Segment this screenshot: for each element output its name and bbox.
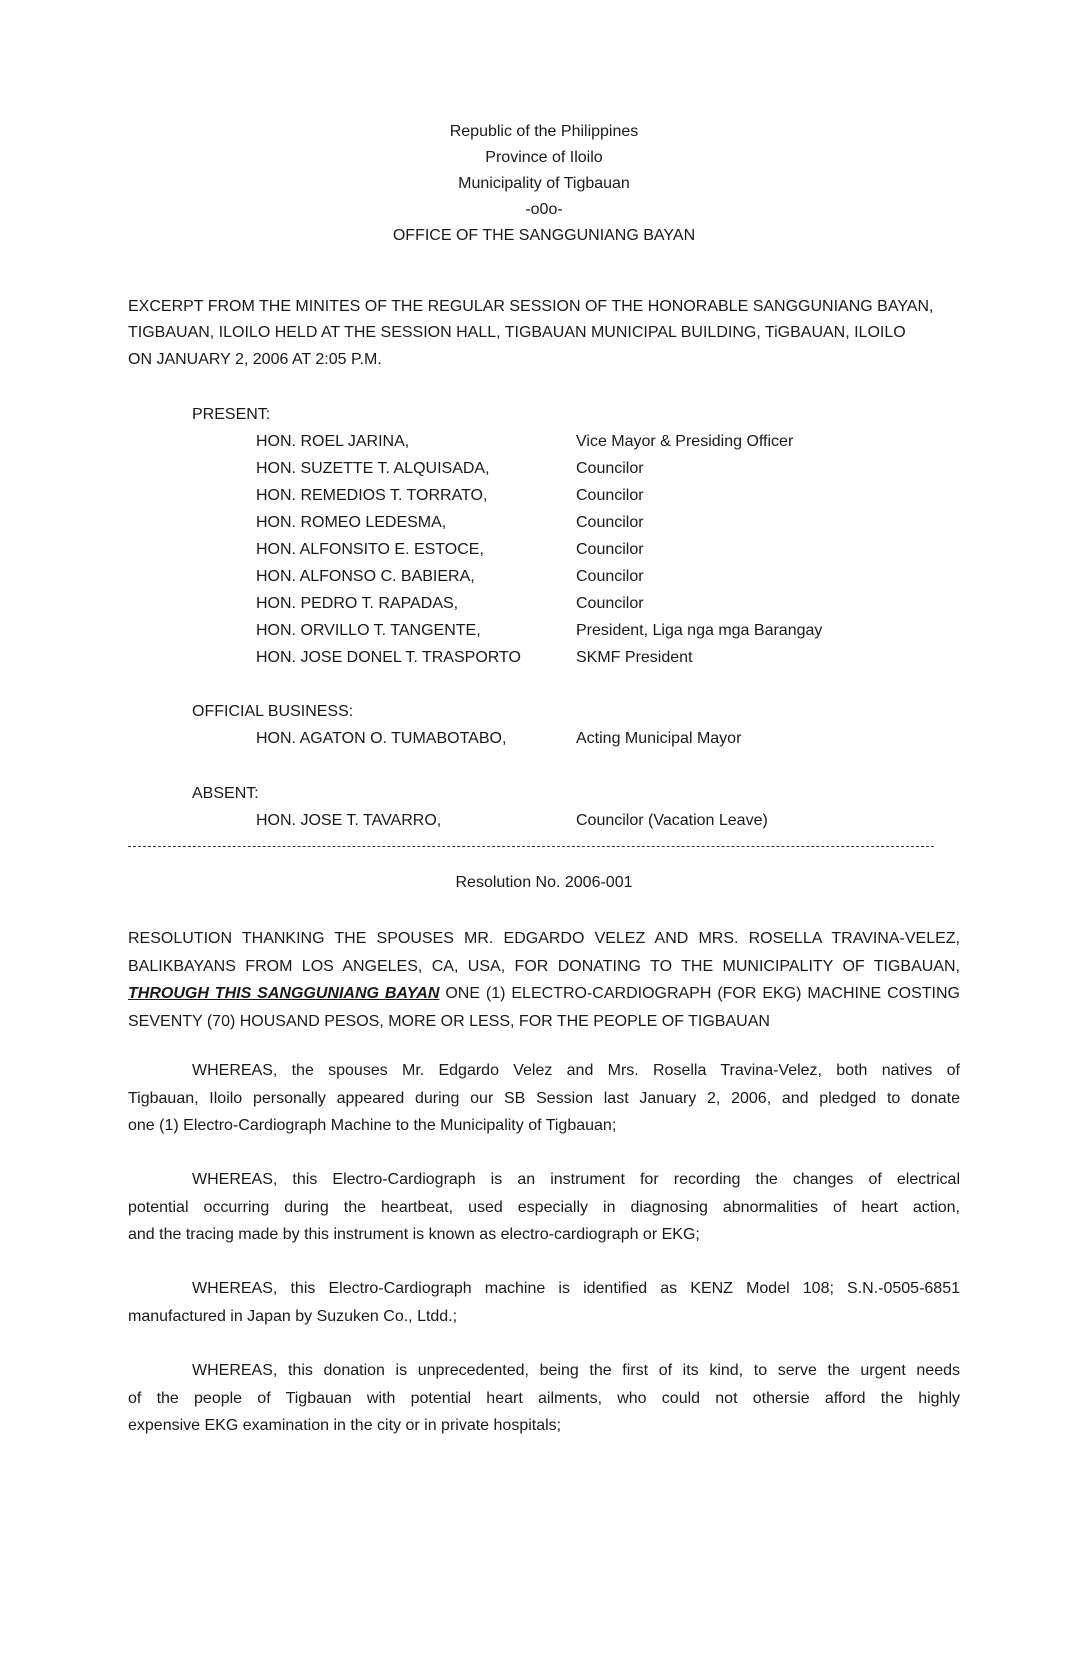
whereas-line: one (1) Electro-Cardiograph Machine to t… <box>128 1112 960 1140</box>
whereas-line: WHEREAS, this Electro-Cardiograph machin… <box>128 1275 960 1303</box>
dashed-divider <box>128 846 934 847</box>
resolution-title-line: THROUGH THIS SANGGUNIANG BAYAN ONE (1) E… <box>128 980 960 1008</box>
attendee-name: HON. JOSE DONEL T. TRASPORTO <box>256 648 521 668</box>
resolution-title-line: SEVENTY (70) HOUSAND PESOS, MORE OR LESS… <box>128 1008 960 1036</box>
header-ornament: -o0o- <box>0 200 1088 220</box>
attendee-name: HON. JOSE T. TAVARRO, <box>256 811 441 831</box>
attendee-position: Vice Mayor & Presiding Officer <box>576 432 793 452</box>
attendee-position: Councilor <box>576 513 644 533</box>
whereas-paragraph: WHEREAS, this Electro-Cardiograph is an … <box>128 1166 960 1249</box>
whereas-line: WHEREAS, this donation is unprecedented,… <box>128 1357 960 1385</box>
document-page: Republic of the Philippines Province of … <box>0 0 1088 1664</box>
attendee-position: Councilor <box>576 540 644 560</box>
attendee-name: HON. AGATON O. TUMABOTABO, <box>256 729 506 749</box>
attendee-name: HON. PEDRO T. RAPADAS, <box>256 594 458 614</box>
present-label: PRESENT: <box>192 405 270 425</box>
whereas-line: manufactured in Japan by Suzuken Co., Lt… <box>128 1303 960 1331</box>
emphasis-through-sb: THROUGH THIS SANGGUNIANG BAYAN <box>128 985 439 1002</box>
attendee-position: Councilor (Vacation Leave) <box>576 811 768 831</box>
excerpt-line-1: EXCERPT FROM THE MINITES OF THE REGULAR … <box>128 297 933 317</box>
whereas-line: and the tracing made by this instrument … <box>128 1221 960 1249</box>
attendee-position: President, Liga nga mga Barangay <box>576 621 822 641</box>
resolution-title: RESOLUTION THANKING THE SPOUSES MR. EDGA… <box>128 925 960 1035</box>
official-business-label: OFFICIAL BUSINESS: <box>192 702 353 722</box>
header-municipality: Municipality of Tigbauan <box>0 174 1088 194</box>
absent-label: ABSENT: <box>192 784 259 804</box>
resolution-title-line: RESOLUTION THANKING THE SPOUSES MR. EDGA… <box>128 925 960 953</box>
resolution-number: Resolution No. 2006-001 <box>0 873 1088 893</box>
whereas-line: Tigbauan, Iloilo personally appeared dur… <box>128 1085 960 1113</box>
whereas-line: of the people of Tigbauan with potential… <box>128 1385 960 1413</box>
attendee-position: SKMF President <box>576 648 692 668</box>
whereas-paragraph: WHEREAS, this donation is unprecedented,… <box>128 1357 960 1440</box>
attendee-position: Acting Municipal Mayor <box>576 729 741 749</box>
attendee-position: Councilor <box>576 594 644 614</box>
attendee-name: HON. ORVILLO T. TANGENTE, <box>256 621 481 641</box>
attendee-name: HON. ALFONSITO E. ESTOCE, <box>256 540 484 560</box>
header-republic: Republic of the Philippines <box>0 122 1088 142</box>
attendee-position: Councilor <box>576 486 644 506</box>
attendee-name: HON. ALFONSO C. BABIERA, <box>256 567 475 587</box>
header-office: OFFICE OF THE SANGGUNIANG BAYAN <box>0 226 1088 246</box>
attendee-name: HON. ROMEO LEDESMA, <box>256 513 446 533</box>
whereas-line: WHEREAS, this Electro-Cardiograph is an … <box>128 1166 960 1194</box>
attendee-position: Councilor <box>576 567 644 587</box>
whereas-line: WHEREAS, the spouses Mr. Edgardo Velez a… <box>128 1057 960 1085</box>
resolution-title-line: BALIKBAYANS FROM LOS ANGELES, CA, USA, F… <box>128 953 960 981</box>
attendee-name: HON. ROEL JARINA, <box>256 432 409 452</box>
whereas-line: potential occurring during the heartbeat… <box>128 1194 960 1222</box>
header-province: Province of Iloilo <box>0 148 1088 168</box>
whereas-line: expensive EKG examination in the city or… <box>128 1412 960 1440</box>
attendee-name: HON. SUZETTE T. ALQUISADA, <box>256 459 490 479</box>
resolution-title-text: ONE (1) ELECTRO-CARDIOGRAPH (FOR EKG) MA… <box>439 985 960 1002</box>
excerpt-line-2: TIGBAUAN, ILOILO HELD AT THE SESSION HAL… <box>128 323 906 343</box>
attendee-name: HON. REMEDIOS T. TORRATO, <box>256 486 487 506</box>
excerpt-line-3: ON JANUARY 2, 2006 AT 2:05 P.M. <box>128 350 382 370</box>
whereas-paragraph: WHEREAS, this Electro-Cardiograph machin… <box>128 1275 960 1330</box>
whereas-paragraph: WHEREAS, the spouses Mr. Edgardo Velez a… <box>128 1057 960 1140</box>
attendee-position: Councilor <box>576 459 644 479</box>
